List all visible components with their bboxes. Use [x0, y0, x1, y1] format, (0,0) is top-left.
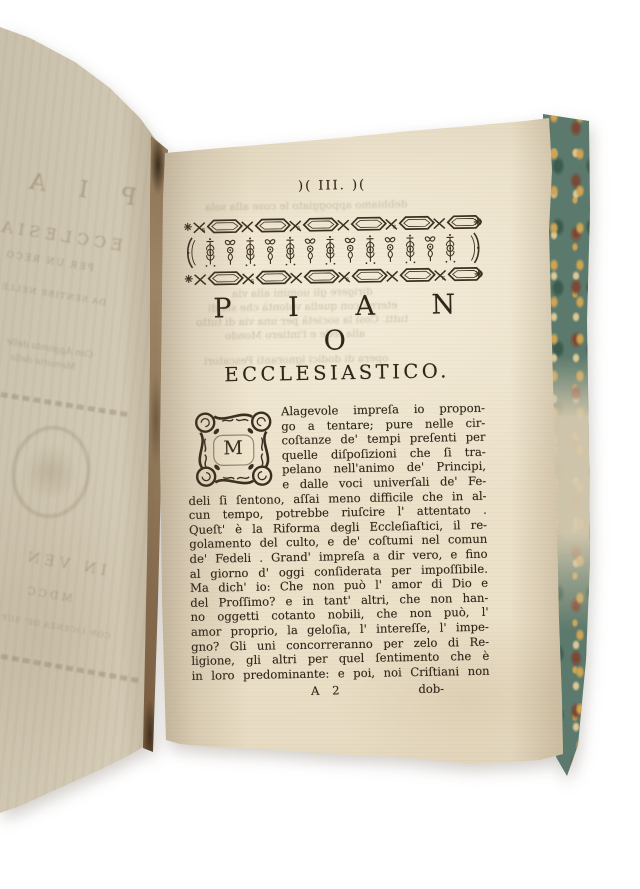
ghost-subtitle-line: PER UN RECO — [4, 250, 95, 274]
ghost-title-line: P I A — [15, 167, 138, 212]
signature-mark: A 2 — [311, 684, 344, 699]
body-text: M Alagevole impreſa io propon- go a tent… — [187, 401, 490, 702]
drop-cap: M — [192, 406, 275, 491]
signature-row: A 2 dob- — [192, 681, 490, 702]
drop-cap-letter: M — [192, 436, 274, 459]
open-book: P I A ECCLESIA PER UN RECO DA SENTIRE NE… — [0, 0, 640, 889]
ghost-imprint-date: MDCC — [23, 584, 73, 605]
svg-text:s: s — [297, 224, 300, 232]
ghost-ornament-rule — [1, 654, 140, 683]
svg-text:s: s — [251, 277, 254, 285]
ghost-ornament-rule — [0, 392, 127, 417]
chapter-subtitle: ECCLESIASTICO. — [186, 359, 488, 388]
ghost-subtitle-line: DA SENTIRE NELLE — [0, 282, 107, 309]
ghost-license-line: CON LICENZA DE' SUP — [0, 612, 111, 640]
headpiece-ornament: s s s — [184, 214, 483, 287]
book-photo: P I A ECCLESIA PER UN RECO DA SENTIRE NE… — [0, 0, 640, 889]
ghost-printer-device — [5, 420, 96, 523]
catchword: dob- — [418, 682, 444, 696]
svg-text:s: s — [393, 222, 396, 230]
printed-page-content: )( III. )( — [183, 176, 490, 702]
svg-text:s: s — [202, 226, 205, 234]
ghost-title-line: ECCLESIA — [0, 216, 124, 255]
page-number: )( III. )( — [183, 176, 481, 197]
chapter-title: P I A N O — [185, 287, 508, 361]
svg-text:s: s — [442, 273, 445, 281]
svg-text:s: s — [346, 275, 349, 283]
ghost-imprint-city: IN VEN — [21, 549, 107, 579]
